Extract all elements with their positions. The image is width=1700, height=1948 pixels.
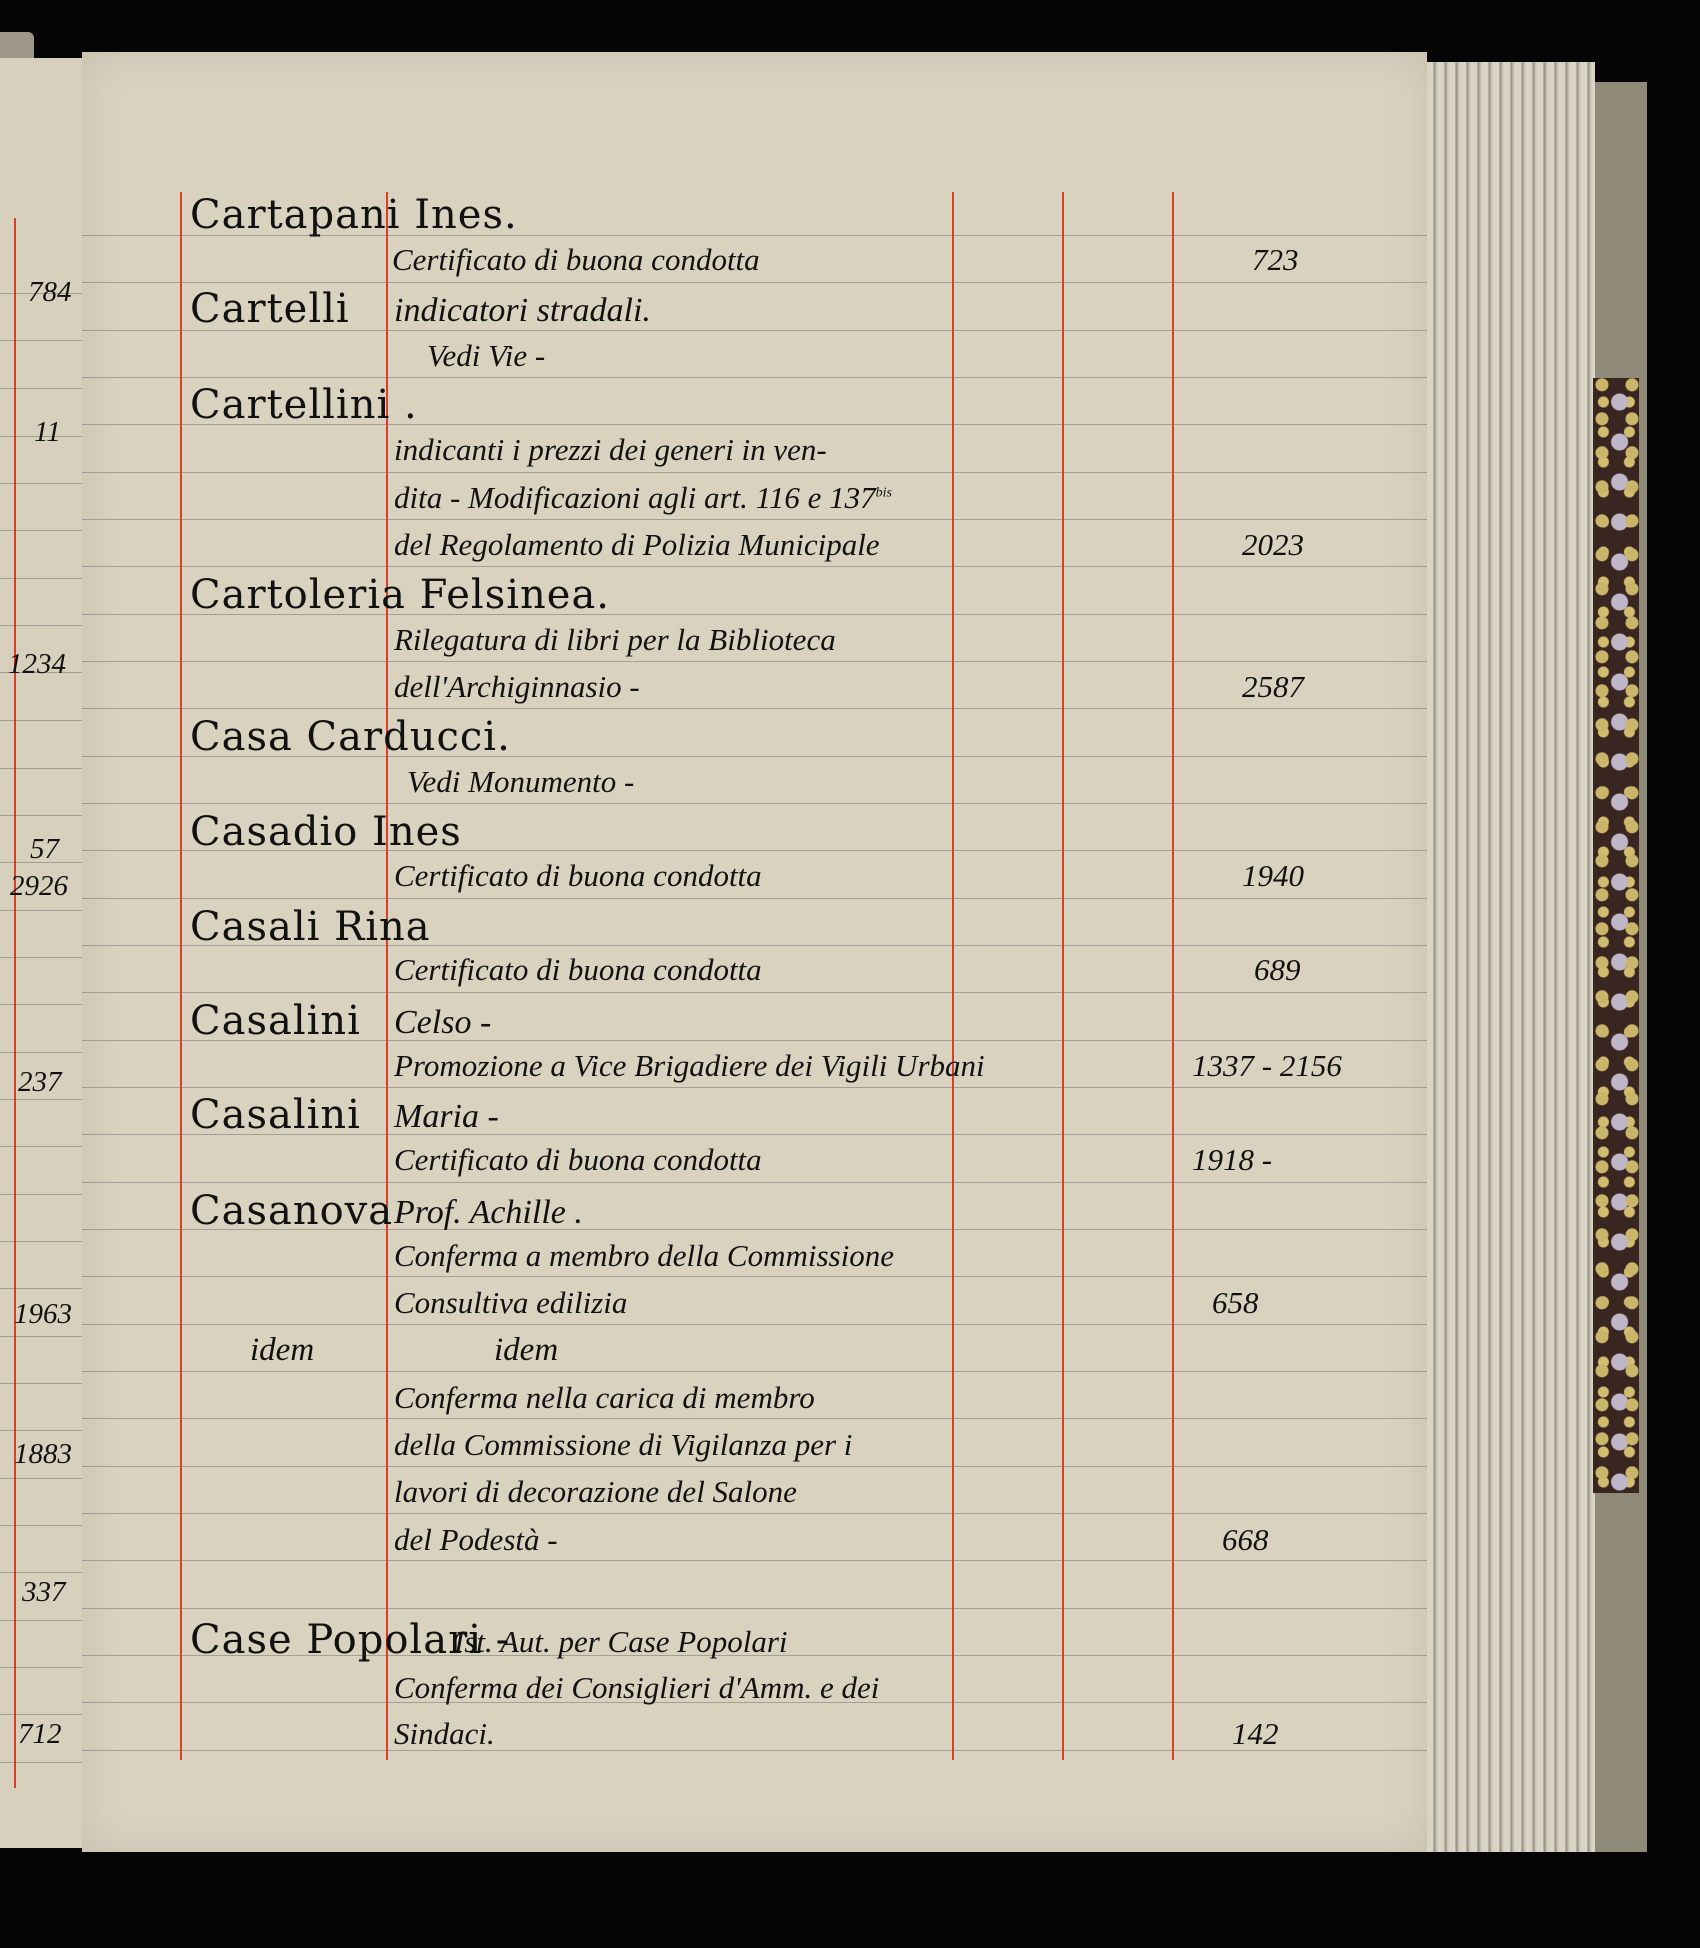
entry-name: Casalini [190, 998, 361, 1044]
entry-ref: 689 [1254, 952, 1301, 988]
entry-name-cont: Maria - [394, 1098, 499, 1136]
entry-desc: Certificato di buona condotta [394, 952, 762, 988]
margin-ref: 1883 [14, 1438, 72, 1471]
margin-ref: 337 [22, 1576, 66, 1609]
entry-desc: lavori di decorazione del Salone [394, 1474, 797, 1510]
entry-ref: 2587 [1242, 669, 1304, 705]
red-column-rule [1062, 192, 1064, 1760]
entry-desc: Certificato di buona condotta [392, 242, 760, 278]
entry-name: Casanova [190, 1188, 393, 1234]
entry-name: Casali Rina [190, 904, 431, 950]
entry-name-cont: Celso - [394, 1004, 491, 1042]
margin-ref: 11 [34, 416, 61, 449]
entry-name: Cartoleria Felsinea. [190, 572, 610, 618]
margin-ref: 712 [18, 1718, 62, 1751]
left-page-margin: 784 11 1234 57 2926 237 1963 1883 337 71… [0, 58, 84, 1848]
entry-name-cont: indicatori stradali. [394, 292, 651, 330]
entry-desc: Vedi Monumento - [407, 764, 634, 800]
left-red-rule [14, 218, 16, 1788]
entry-ref: 658 [1212, 1285, 1259, 1321]
entry-name-cont: Prof. Achille . [394, 1194, 583, 1232]
margin-ref: 237 [18, 1066, 62, 1099]
entry-desc: Promozione a Vice Brigadiere dei Vigili … [394, 1048, 985, 1084]
entry-desc: del Podestà - [394, 1522, 558, 1558]
margin-ref: 784 [28, 276, 72, 309]
entry-desc: Sindaci. [394, 1716, 495, 1752]
red-column-rule [952, 192, 954, 1760]
entry-desc: Conferma a membro della Commissione [394, 1238, 894, 1274]
entry-name: Cartellini . [190, 382, 418, 428]
entry-name: Casa Carducci. [190, 714, 511, 760]
entry-desc: Vedi Vie - [427, 338, 545, 374]
entry-desc: del Regolamento di Polizia Municipale [394, 527, 880, 563]
register-page: Cartapani Ines. Certificato di buona con… [82, 52, 1427, 1852]
entry-ref: 2023 [1242, 527, 1304, 563]
entry-name: Cartelli [190, 286, 350, 332]
margin-ref: 1963 [14, 1298, 72, 1331]
entry-ref: 1918 - [1192, 1142, 1272, 1178]
entry-desc: Certificato di buona condotta [394, 858, 762, 894]
margin-ref: 57 [30, 833, 59, 866]
entry-name: Cartapani Ines. [190, 192, 518, 238]
entry-desc: della Commissione di Vigilanza per i [394, 1427, 852, 1463]
marbled-cover-paper [1593, 378, 1639, 1493]
red-column-rule [180, 192, 182, 1760]
entry-desc: dita - Modificazioni agli art. 116 e 137… [394, 480, 892, 516]
entry-ref: 723 [1252, 242, 1299, 278]
entry-ref: 668 [1222, 1522, 1269, 1558]
entry-desc: Rilegatura di libri per la Biblioteca [394, 622, 836, 658]
entry-desc: Conferma dei Consiglieri d'Amm. e dei [394, 1670, 879, 1706]
entry-name-cont: idem [494, 1332, 558, 1369]
entry-name: Casadio Ines [190, 809, 462, 855]
entry-desc: Consultiva edilizia [394, 1285, 627, 1321]
margin-ref: 2926 [10, 870, 68, 903]
red-column-rule [1172, 192, 1174, 1760]
entry-desc: Conferma nella carica di membro [394, 1380, 815, 1416]
entry-name: idem [250, 1332, 314, 1369]
entry-name-cont: Ist. Aut. per Case Popolari [454, 1624, 788, 1660]
entry-ref: 1940 [1242, 858, 1304, 894]
entry-desc: indicanti i prezzi dei generi in ven- [394, 432, 827, 468]
entry-desc: dell'Archiginnasio - [394, 669, 640, 705]
left-page-edge-tab [0, 32, 34, 58]
entry-desc: Certificato di buona condotta [394, 1142, 762, 1178]
entry-name: Casalini [190, 1092, 361, 1138]
page-stack-edge [1427, 62, 1595, 1852]
entry-ref: 1337 - 2156 [1192, 1048, 1342, 1084]
margin-ref: 1234 [8, 648, 66, 681]
entry-ref: 142 [1232, 1716, 1279, 1752]
